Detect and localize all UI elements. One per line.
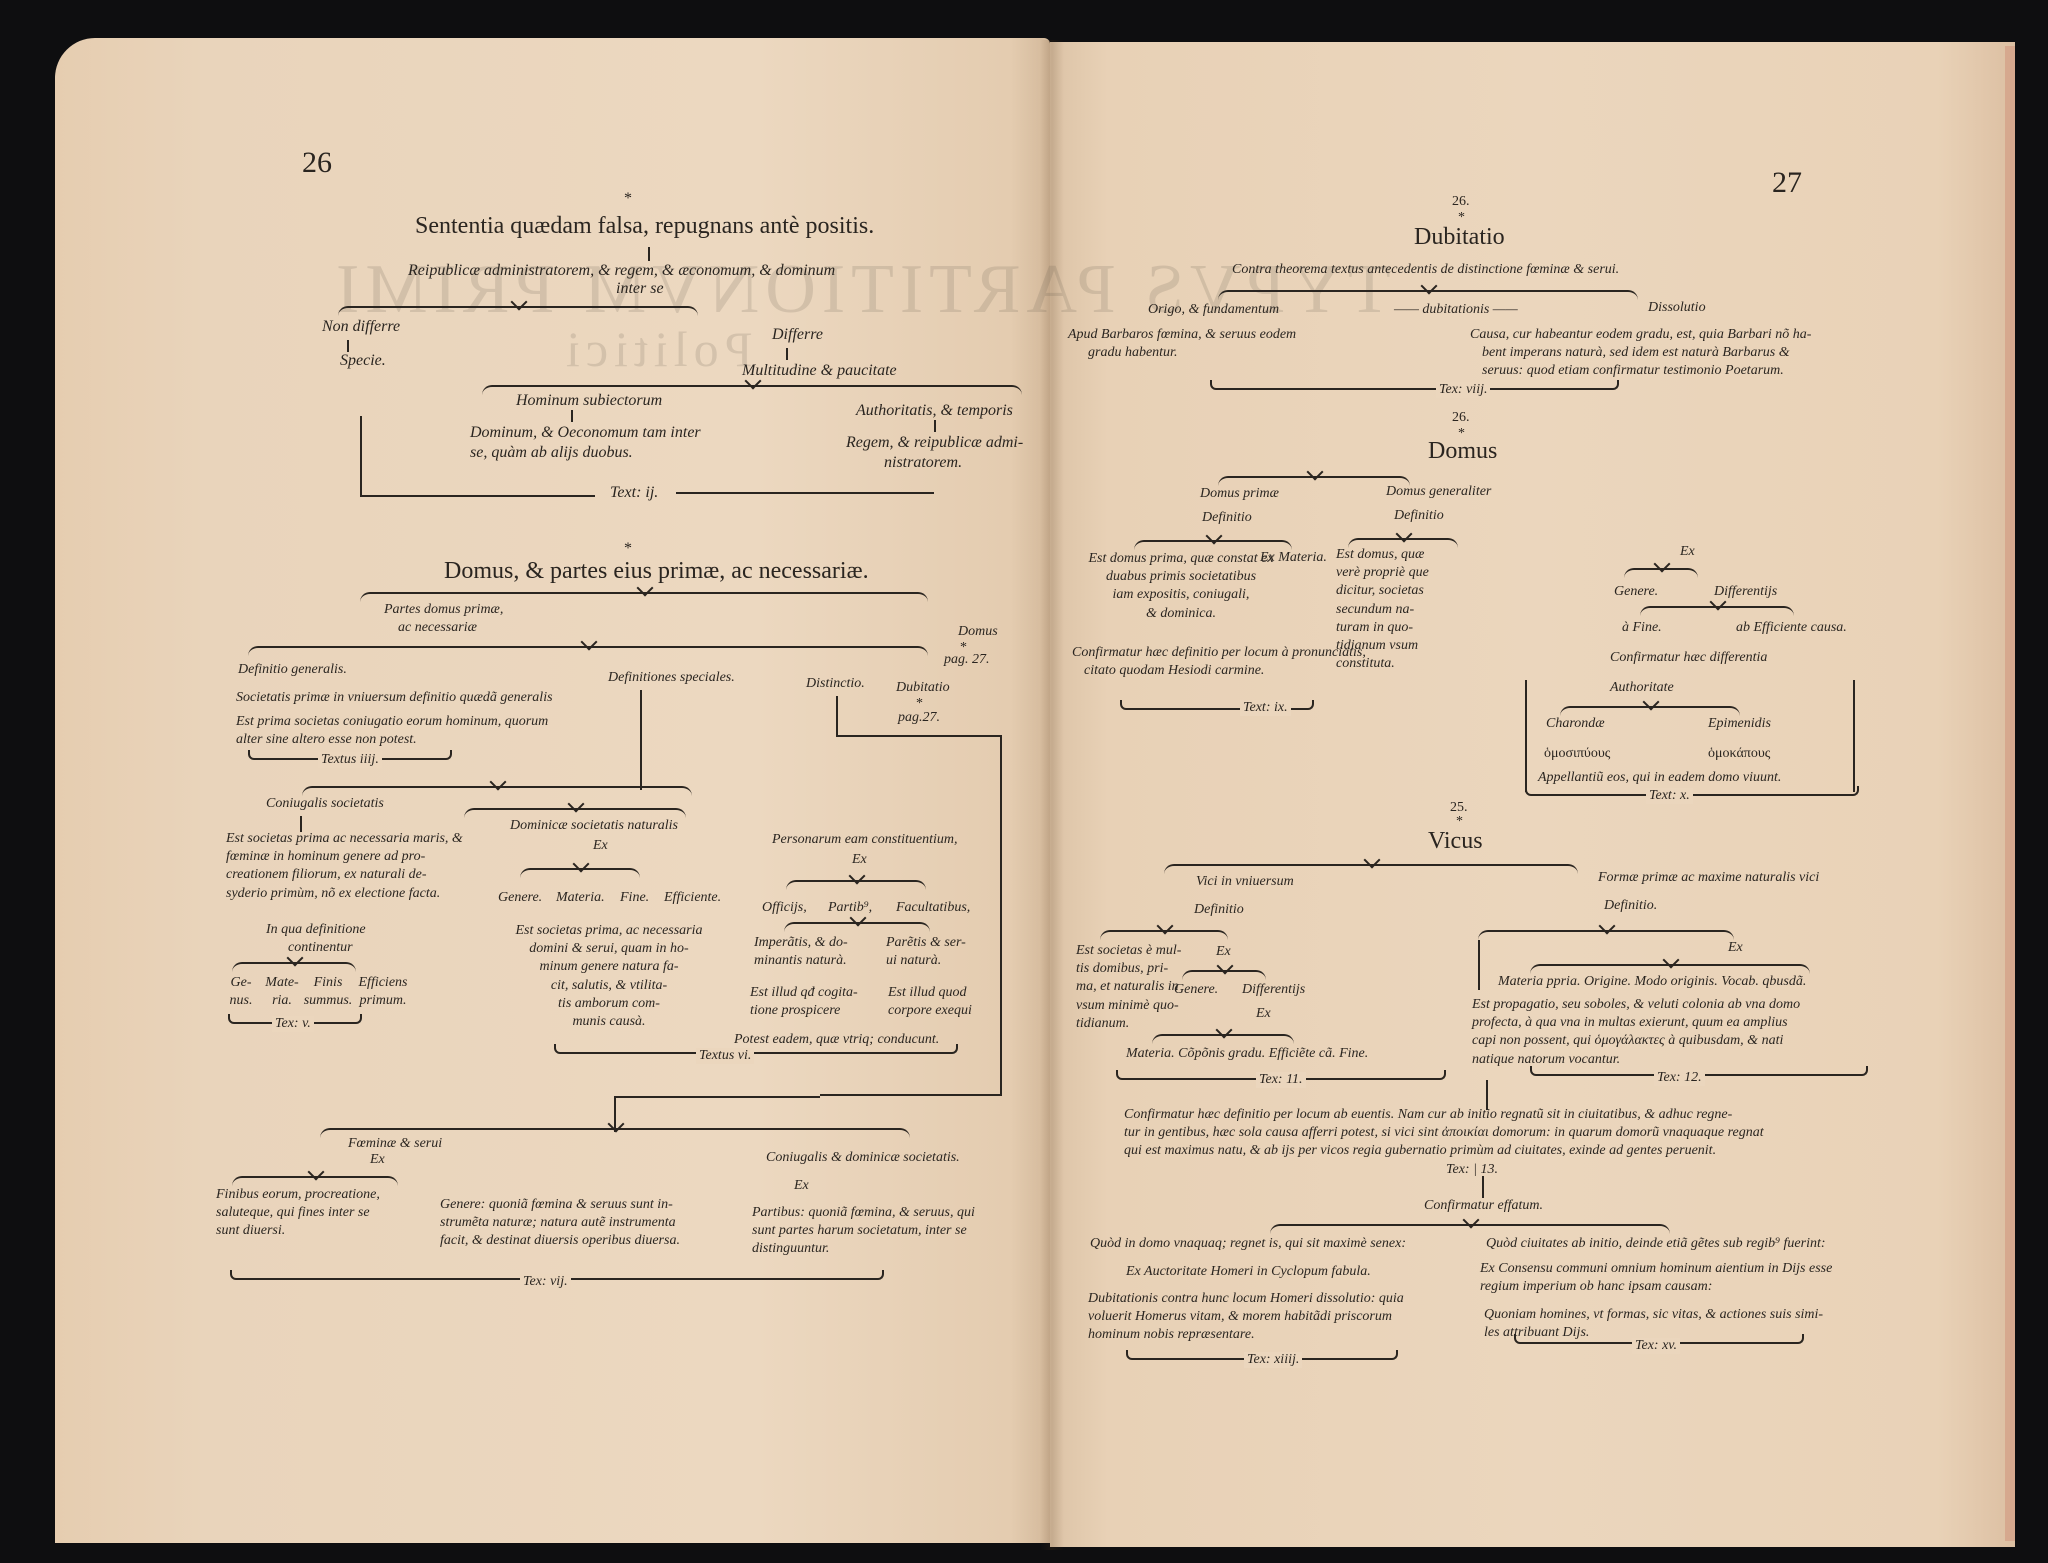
node-partibus: Partib⁹, [828,900,872,916]
line: turam in quo- [1336,619,1446,637]
connector [1853,680,1855,792]
section-title-dubitatio: Dubitatio [1414,224,1505,252]
node-differre: Differre [772,326,823,344]
node-authoritate: Authoritate [1610,680,1674,696]
node-hominum: Hominum subiectorum [516,392,662,410]
underbrace [554,1044,958,1054]
node-ex-materia: Ex Materia. [1260,550,1327,566]
line: secundum na- [1336,601,1446,619]
node-definitio: Definitio. [1604,898,1657,914]
line: Ge- [226,974,256,992]
line: syderio primùm, nõ ex electione facta. [226,885,506,903]
line: ui naturà. [886,952,986,970]
dominicae-definition: Est societas prima, ac necessaria domini… [504,922,714,1031]
line: tis amborum com- [504,995,714,1013]
brace [1640,606,1794,620]
line: fœminæ in hominum genere ad pro- [226,848,506,866]
section-title-domus: Domus [1428,438,1497,466]
connector [648,247,650,261]
node-specie: Specie. [340,352,386,370]
text-ref: Text: ix. [1240,700,1291,716]
line: Finibus eorum, procreatione, [216,1186,426,1204]
node-domus-ref: Domus [958,624,998,640]
line: profecta, à qua vna in multas exierunt, … [1472,1014,1872,1032]
connector [571,410,573,422]
connector [1482,1176,1484,1198]
node-definitio: Definitio [1202,510,1252,526]
cause-materia: Mate-ria. [262,974,302,1010]
line: Est societas prima ac necessaria maris, … [226,830,506,848]
node-est-prima: Est prima societas coniugatio eorum homi… [236,714,548,730]
node-authoritatis: Authoritatis, & temporis [856,402,1013,420]
line: bent imperans naturà, sed idem est natur… [1470,344,1870,362]
asterisk: * [624,540,632,558]
line: Confirmatur hæc definitio per locum ab e… [1124,1106,1884,1124]
finibus: Finibus eorum, procreatione, saluteque, … [216,1186,426,1241]
rule [820,1094,1002,1096]
connector [1478,940,1480,990]
line: & dominica. [1066,605,1296,623]
line: Est illud qđ cogita- [750,984,880,1002]
line: hominum nobis repræsentare. [1088,1326,1428,1344]
node-ex: Ex [1256,1006,1271,1022]
cause-genus: Ge-nus. [226,974,256,1010]
text-ref: Textus iiij. [318,752,382,768]
text-ref: Text: ij. [610,484,658,502]
node-ex: Ex [593,838,608,854]
imperantis: Imperãtis, & do-minantis naturà. [754,934,874,970]
node-fine: Fine. [620,890,649,906]
greek-term-2: ὁμοκάπους [1708,746,1770,762]
node-epimenidis: Epimenidis [1708,716,1771,732]
partibus: Partibus: quoniã fœmina, & seruus, qui s… [752,1204,1002,1259]
node-subject-cont: inter se [616,280,664,298]
node-domus-pag: pag. 27. [944,652,990,668]
node-formae-items: Materia ppria. Origine. Modo originis. V… [1498,974,1806,990]
cause-efficiens: Efficiensprimum. [348,974,418,1010]
line: verè propriè que [1336,564,1446,582]
node-non-differre: Non differre [322,318,400,336]
node-genere: Genere. [1614,584,1658,600]
node-definitio: Definitio [1394,508,1444,524]
line: Mate- [262,974,302,992]
node-vici: Vici in vniuersum [1196,874,1294,890]
node-personarum: Personarum eam constituentium, [772,832,957,848]
est-domus-generaliter: Est domus, quæ verè propriè que dicitur,… [1336,546,1446,673]
node-coniugalis: Coniugalis societatis [266,796,384,812]
node-ex-auctoritate: Ex Auctoritate Homeri in Cyclopum fabula… [1126,1264,1371,1280]
section-title-domus: Domus, & partes eius primæ, ac necessari… [444,558,869,586]
connector [640,690,642,790]
node-differentijs: Differentijs [1714,584,1777,600]
node-regem-cont: nistratorem. [884,454,962,472]
line: vsum minimè quo- [1076,997,1186,1015]
line: Quoniam homines, vt formas, sic vitas, &… [1484,1306,1884,1324]
text-ref: Tex: 12. [1654,1070,1705,1086]
line: nus. [226,992,256,1010]
text-ref: Text: x. [1646,788,1693,804]
showthrough-subtitle: Politici [560,320,752,378]
node-def-generalis: Definitio generalis. [238,662,347,678]
connector [786,348,788,360]
node-ex: Ex [1680,544,1695,560]
node-officijs: Officijs, [762,900,807,916]
line: Est propagatio, seu soboles, & veluti co… [1472,996,1872,1014]
confirmatur-eventis: Confirmatur hæc definitio per locum ab e… [1124,1106,1884,1161]
line: Est societas prima, ac necessaria [504,922,714,940]
node-ab-efficiente: ab Efficiente causa. [1736,620,1847,636]
connector [934,420,936,432]
line: iam expositis, coniugali, [1066,586,1296,604]
coniugalis-definition: Est societas prima ac necessaria maris, … [226,830,506,903]
parentis: Parẽtis & ser-ui naturà. [886,934,986,970]
connector [1000,735,1002,1095]
line: tidianum vsum [1336,637,1446,655]
est-illud-1: Est illud qđ cogita-tione prospicere [750,984,880,1020]
line: sunt diuersi. [216,1222,426,1240]
genere-quonia: Genere: quoniã fœmina & seruus sunt in- … [440,1196,740,1251]
node-ex: Ex [852,852,867,868]
node-partes: Partes domus primæ, [384,602,503,618]
brace [786,880,926,894]
node-diff-items: Materia. Cõpõnis gradu. Efficiẽte cã. Fi… [1126,1046,1368,1062]
node-differentijs: Differentijs [1242,982,1305,998]
node-ex: Ex [1728,940,1743,956]
greek-term-1: ὁμοσιπύους [1544,746,1610,762]
line: Apud Barbaros fœmina, & seruus eodem [1068,326,1308,344]
node-partes-cont: ac necessariæ [398,620,477,636]
right-page-edge [2005,46,2015,1541]
text-ref: Tex: v. [272,1016,314,1032]
line: primum. [348,992,418,1010]
line: regium imperium ob hanc ipsam causam: [1480,1278,1880,1296]
node-dubitatio-ref: Dubitatio [896,680,950,696]
line: constituta. [1336,655,1446,673]
node-coniugalis-dominicae: Coniugalis & dominicæ societatis. [766,1150,960,1166]
node-dominicae: Dominicæ societatis naturalis [510,818,678,834]
line: munis causà. [504,1013,714,1031]
line: saluteque, qui fines inter se [216,1204,426,1222]
line: minantis naturà. [754,952,874,970]
node-ex: Ex [370,1152,385,1168]
section-ref: 26. [1452,410,1470,426]
node-ex: Ex [794,1178,809,1194]
ex-consensu: Ex Consensu communi omnium hominum aient… [1480,1260,1880,1296]
causa: Causa, cur habeantur eodem gradu, est, q… [1470,326,1870,381]
node-def-speciales: Definitiones speciales. [608,670,735,686]
node-subject: Reipublicæ administratorem, & regem, & æ… [408,262,835,280]
node-dominum: Dominum, & Oeconomum tam inter [470,424,701,442]
text-ref: Tex: | 13. [1446,1162,1498,1178]
line: capi non possent, qui ὁμογάλακτες à quib… [1472,1032,1872,1050]
text-ref: Tex: viij. [1436,382,1490,398]
page-number-left: 26 [302,146,332,181]
brace [1478,930,1734,944]
node-definitio: Definitio [1194,902,1244,918]
rule [836,735,1002,737]
line: voluerit Homerus vitam, & morem habitãdi… [1088,1308,1428,1326]
section-title-sententia: Sententia quædam falsa, repugnans antè p… [415,213,874,241]
line: Est societas è mul- [1076,942,1186,960]
section-ref: 26. [1452,194,1470,210]
section-title-vicus: Vicus [1428,828,1483,856]
text-ref: Tex: vij. [520,1274,571,1290]
connector [347,340,349,352]
node-foeminae: Fœminæ & serui [348,1136,442,1152]
brace [1624,568,1698,582]
node-in-qua: In qua definitione [266,922,366,938]
line: corpore exequi [888,1002,988,1020]
line: Partibus: quoniã fœmina, & seruus, qui [752,1204,1002,1222]
node-efficiente: Efficiente. [664,890,721,906]
line: Dubitationis contra hunc locum Homeri di… [1088,1290,1428,1308]
line: strumẽta naturæ; natura autẽ instrumenta [440,1214,740,1232]
node-regem: Regem, & reipublicæ admi- [846,434,1023,452]
line: duabus primis societatibus [1066,568,1296,586]
line: gradu habentur. [1068,344,1308,362]
node-dubitatio-pag: pag.27. [898,710,940,726]
node-dissolutio: Dissolutio [1648,300,1706,316]
page-number-right: 27 [1772,166,1802,201]
line: sunt partes harum societatum, inter se [752,1222,1002,1240]
line: cit, salutis, & vtilita- [504,977,714,995]
node-multitudine: Multitudine & paucitate [742,362,897,380]
node-conf-differentia: Confirmatur hæc differentia [1610,650,1767,666]
node-domus-generaliter: Domus generaliter [1386,484,1491,500]
text-ref: Tex: xiiij. [1244,1352,1302,1368]
node-effatum: Confirmatur effatum. [1424,1198,1543,1214]
node-distinctio: Distinctio. [806,676,865,692]
line: tur in gentibus, hæc sola causa afferri … [1124,1124,1884,1142]
brace [248,646,928,660]
line: Genere: quoniã fœmina & seruus sunt in- [440,1196,740,1214]
node-quod-ciuitates: Quòd ciuitates ab initio, deinde etiã gẽ… [1486,1236,1826,1252]
line: tione prospicere [750,1002,880,1020]
node-materia: Materia. [556,890,605,906]
node-a-fine: à Fine. [1622,620,1662,636]
line: tis domibus, pri- [1076,960,1186,978]
rule [676,492,934,494]
text-ref: Textus vi. [696,1048,754,1064]
line: ria. [262,992,302,1010]
line: minum genere natura fa- [504,958,714,976]
est-propagatio: Est propagatio, seu soboles, & veluti co… [1472,996,1872,1069]
line: Est illud quod [888,984,988,1002]
text-ref: Tex: 11. [1256,1072,1306,1088]
rule [614,1096,820,1098]
brace [1348,538,1458,552]
node-est-prima-cont: alter sine altero esse non potest. [236,732,417,748]
line: Imperãtis, & do- [754,934,874,952]
node-appellantium: Appellantiũ eos, qui in eadem domo viuun… [1538,770,1781,786]
node-formae: Formæ primæ ac maxime naturalis vici [1598,870,1819,886]
node-dominum-cont: se, quàm ab alijs duobus. [470,444,633,462]
line: creationem filiorum, ex naturali de- [226,866,506,884]
line: Parẽtis & ser- [886,934,986,952]
node-origo: Origo, & fundamentum [1148,302,1279,318]
line: domini & serui, quam in ho- [504,940,714,958]
node-domus-primae: Domus primæ [1200,486,1279,502]
node-charondae: Charondæ [1546,716,1605,732]
node-contra: Contra theorema textus antecedentis de d… [1232,262,1619,278]
rule [360,495,595,497]
node-facultatibus: Facultatibus, [896,900,970,916]
line: Causa, cur habeantur eodem gradu, est, q… [1470,326,1870,344]
line: Efficiens [348,974,418,992]
dubitationis-homeri: Dubitationis contra hunc locum Homeri di… [1088,1290,1428,1345]
connector [360,416,362,496]
line: dicitur, societas [1336,582,1446,600]
line: tidianum. [1076,1015,1186,1033]
brace [520,868,640,882]
asterisk: * [624,190,632,208]
node-quod-domo: Quòd in domo vnaquaq; regnet is, qui sit… [1090,1236,1406,1252]
apud-barbaros: Apud Barbaros fœmina, & seruus eodem gra… [1068,326,1308,362]
est-illud-2: Est illud quodcorpore exequi [888,984,988,1020]
line: ma, et naturalis in [1076,978,1186,996]
underbrace [1210,380,1619,390]
text-ref: Tex: xv. [1632,1338,1680,1354]
node-genere: Genere. [1174,982,1218,998]
est-societas: Est societas è mul- tis domibus, pri- ma… [1076,942,1186,1033]
line: distinguuntur. [752,1240,1002,1258]
node-dubitationis: —— dubitationis —— [1394,302,1518,318]
line: seruus: quod etiam confirmatur testimoni… [1470,362,1870,380]
line: qui est maximus natu, & ab ijs per vicos… [1124,1142,1884,1160]
node-societatis: Societatis primæ in vniuersum definitio … [236,690,553,706]
connector [836,696,838,736]
node-genere: Genere. [498,890,542,906]
line: Ex Consensu communi omnium hominum aient… [1480,1260,1880,1278]
connector [1525,680,1527,792]
line: facit, & destinat diuersis operibus diue… [440,1232,740,1250]
